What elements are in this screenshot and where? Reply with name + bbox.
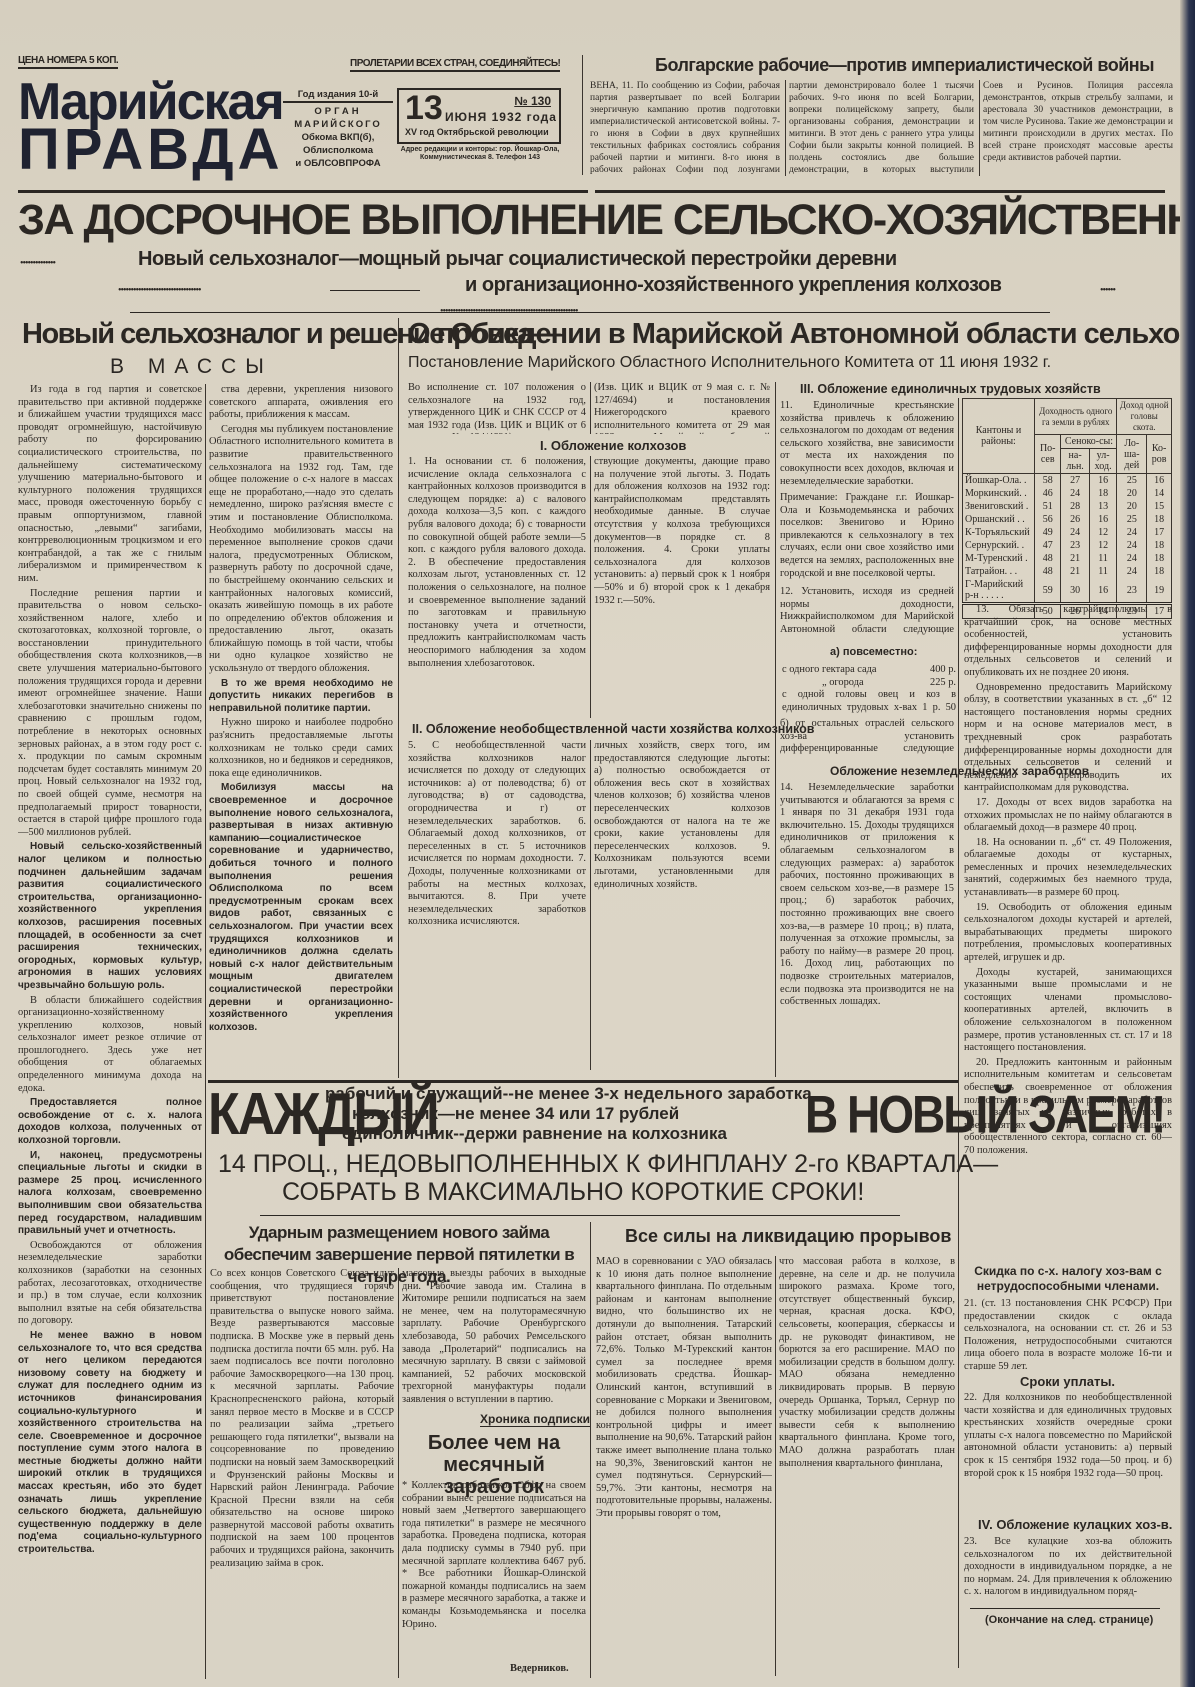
discount-title: Скидка по с-х. налогу хоз-вам с нетрудос…	[968, 1264, 1168, 1294]
loan-headline-2: СОБРАТЬ В МАКСИМАЛЬНО КОРОТКИЕ СРОКИ!	[282, 1178, 864, 1207]
paragraph: 18. На основании п. „б“ ст. 49 Положения…	[964, 837, 1172, 900]
table-cell: Татрайон. . .	[963, 565, 1035, 578]
bulgaria-col-2: партии демонстрировало более 1 тысячи ра…	[789, 80, 974, 176]
norm-row: „ огорода225 р.	[782, 677, 956, 690]
norms-b: б) от остальных отраслей сельского хоз-в…	[780, 718, 954, 758]
dotted-ornament: ••••••••••••••	[20, 258, 55, 269]
divider	[785, 80, 786, 176]
table-cell: 48	[1035, 552, 1061, 565]
organ-line: Облисполкома	[283, 144, 393, 157]
date-month-year: ИЮНЯ 1932 года	[445, 110, 557, 124]
section-1-col-1: 1. На основании ст. 6 положения, исчисле…	[408, 456, 586, 718]
table-header: Доходность одного га земли в рублях	[1035, 399, 1117, 435]
norm-row: с одного гектара сада400 р.	[782, 664, 956, 677]
nonfarm-text: 14. Неземледельческие заработки учитываю…	[780, 782, 954, 1074]
table-cell: Оршанский . .	[963, 513, 1035, 526]
divider	[582, 55, 583, 175]
paragraph: Мобилизуя массы на своевременное и досро…	[209, 782, 393, 1034]
year-of-publication: Год издания 10-й	[283, 88, 393, 103]
norms-list: с одного гектара сада400 р. „ огорода225…	[782, 664, 956, 714]
masthead-slogan: ПРОЛЕТАРИИ ВСЕХ СТРАН, СОЕДИНЯЙТЕСЬ!	[350, 58, 560, 72]
terms-title: Сроки уплаты.	[1020, 1374, 1115, 1389]
date-day: 13	[405, 90, 443, 126]
bulgaria-col-1: ВЕНА, 11. По сообщению из Софии, рабочая…	[590, 80, 780, 176]
table-cell: 18	[1089, 487, 1117, 500]
table-cell: М-Туренский .	[963, 552, 1035, 565]
norms-title: а) повсеместно:	[830, 646, 917, 658]
terms-text: 22. Для колхозников по необобществленной…	[964, 1392, 1172, 1514]
resolution-intro-2: (Изв. ЦИК и ВЦИК от 9 мая с. г. № 127/46…	[594, 382, 770, 434]
section-3-note: Примечание: Граждане г.г. Йошкар-Ола и К…	[780, 492, 954, 582]
chronicle-signature: Ведерников.	[510, 1663, 569, 1674]
banner-subheadline-2: и организационно-хозяйственного укреплен…	[465, 274, 1001, 297]
issue-number: № 130	[514, 94, 551, 108]
table-cell: 24	[1117, 565, 1147, 578]
table-header: Сеноко-сы:	[1061, 435, 1117, 449]
newspaper-title-line2: ПРАВДА	[18, 126, 258, 174]
table-cell: 24	[1117, 552, 1147, 565]
divider	[18, 190, 588, 193]
divider	[590, 740, 591, 1070]
table-cell: 23	[1117, 578, 1147, 604]
loan-headline: 14 ПРОЦ., НЕДОВЫПОЛНЕННЫХ К ФИНПЛАНУ 2-г…	[218, 1150, 998, 1179]
resolution-subheadline: Постановление Марийского Областного Испо…	[408, 354, 1051, 372]
breakthrough-col-1: МАО в соревновании с УАО обязалась к 10 …	[596, 1256, 772, 1676]
section-3-p11: 11. Единоличные крестьянские хозяйства п…	[780, 400, 954, 490]
resolution-headline: О проведении в Марийской Автономной обла…	[408, 318, 1195, 351]
table-row: Звениговский .5128132015	[963, 500, 1172, 513]
bulgaria-col-3: Соев и Русинов. Полиция рассеяла демонст…	[983, 80, 1173, 176]
chronicle-text: * Коллектив работников Обфо на своем соб…	[402, 1480, 586, 1662]
table-cell: 18	[1147, 565, 1172, 578]
table-cell: 15	[1147, 500, 1172, 513]
divider	[775, 382, 776, 1077]
chronicle-label: Хроника подписки	[480, 1412, 590, 1427]
editorial-headline-2: В МАССЫ	[110, 355, 273, 379]
dotted-ornament: •••••••••••••••••••••••••••••••••	[118, 285, 201, 296]
table-cell: 23	[1061, 539, 1089, 552]
loan-novyi-zaem: В НОВЫЙ ЗАЕМ!	[805, 1082, 1164, 1146]
table-cell: 20	[1117, 487, 1147, 500]
divider	[398, 318, 399, 1078]
organ-line: и ОБЛСОВПРОФА	[283, 157, 393, 170]
table-header: Ло-ша-дей	[1117, 435, 1147, 474]
table-cell: 14	[1147, 487, 1172, 500]
table-cell: 19	[1147, 578, 1172, 604]
table-cell: 27	[1061, 474, 1089, 488]
table-cell: Сернурский. .	[963, 539, 1035, 552]
paragraph: 13. Обязать кантрайисполкомы в кратчайши…	[964, 604, 1172, 680]
organ-line: МАРИЙСКОГО	[283, 118, 393, 131]
divider	[330, 290, 420, 291]
divider	[595, 190, 1165, 193]
table-cell: 59	[1035, 578, 1061, 604]
table-cell: Г-Марийский р-н . . . . .	[963, 578, 1035, 604]
page-edge	[1180, 0, 1195, 1687]
table-cell: 24	[1117, 526, 1147, 539]
editorial-col-2: ства деревни, укрепления низового советс…	[209, 384, 393, 1074]
table-cell: 12	[1089, 539, 1117, 552]
paragraph: Новый сельско-хозяйственный налог целико…	[18, 841, 202, 992]
section-2-col-2: личных хозяйств, сверх того, им предоста…	[594, 740, 770, 1070]
paragraph: Нужно широко и наиболее подробно раз'ясн…	[209, 717, 393, 780]
publication-info: Год издания 10-й ОРГАН МАРИЙСКОГО Обкома…	[283, 88, 393, 170]
table-cell: 25	[1117, 474, 1147, 488]
table-cell: 49	[1035, 526, 1061, 539]
table-cell: 28	[1061, 500, 1089, 513]
norm-row: с одной головы овец и коз в единоличных …	[782, 689, 956, 714]
table-cell: Звениговский .	[963, 500, 1035, 513]
price-label: ЦЕНА НОМЕРА 5 КОП.	[18, 55, 118, 69]
divider	[398, 1268, 399, 1678]
table-cell: 16	[1089, 513, 1117, 526]
table-cell: 18	[1147, 513, 1172, 526]
table-header: По-сев	[1035, 435, 1061, 474]
dotted-ornament: ••••••	[1100, 285, 1115, 296]
table-cell: Йошкар-Ола. .	[963, 474, 1035, 488]
paragraph: Последние решения партии и правительства…	[18, 588, 202, 840]
table-cell: 51	[1035, 500, 1061, 513]
section-1-col-2: ствующие документы, дающие право на полу…	[594, 456, 770, 718]
editorial-col-1: Из года в год партия и советское правите…	[18, 384, 202, 1679]
table-header: Доход одной головы скота.	[1117, 399, 1172, 435]
income-norms-table: Кантоны и районы: Доходность одного га з…	[962, 398, 1172, 619]
table-cell: 16	[1089, 474, 1117, 488]
organ-line: Обкома ВКП(б),	[283, 131, 393, 144]
breakthrough-col-2: что массовая работа в колхозе, в деревне…	[779, 1256, 955, 1676]
table-cell: 46	[1035, 487, 1061, 500]
table-cell: 48	[1035, 565, 1061, 578]
table-cell: 24	[1061, 526, 1089, 539]
table-cell: 58	[1035, 474, 1061, 488]
norm-value: 400 р.	[930, 664, 956, 677]
paragraph: Не менее важно в новом сельхозналоге то,…	[18, 1330, 202, 1557]
bulgaria-headline: Болгарские рабочие—против империалистиче…	[655, 55, 1154, 76]
norm-value: 225 р.	[930, 677, 956, 690]
divider	[590, 382, 591, 434]
table-cell: 12	[1089, 526, 1117, 539]
norm-item: с одного гектара сада	[782, 664, 877, 677]
issue-date-box: 13 № 130 ИЮНЯ 1932 года XV год Октябрьск…	[397, 88, 561, 144]
table-cell: 18	[1147, 539, 1172, 552]
paragraph: Из года в год партия и советское правите…	[18, 384, 202, 586]
table-cell: 30	[1061, 578, 1089, 604]
loan-line-2: колхозник—не менее 34 или 17 рублей	[352, 1104, 679, 1124]
table-row: Сернурский. .4723122418	[963, 539, 1172, 552]
resolution-intro-1: Во исполнение ст. 107 положения о сельхо…	[408, 382, 586, 434]
table-row: Оршанский . .5626162518	[963, 513, 1172, 526]
table-cell: 11	[1089, 565, 1117, 578]
kulak-title: IV. Обложение кулацких хоз-в.	[978, 1517, 1172, 1532]
table-cell: 11	[1089, 552, 1117, 565]
table-cell: 21	[1061, 565, 1089, 578]
editorial-address: Адрес редакции и конторы: гор. Йошкар-Ол…	[400, 146, 560, 162]
divider	[260, 1215, 900, 1216]
dotted-ornament: ••••••••••••••••••••••••••••••••••••••••…	[440, 306, 578, 317]
table-row: К-Торъяльский4924122417	[963, 526, 1172, 539]
table-cell: 26	[1061, 513, 1089, 526]
section-1-title: I. Обложение колхозов	[540, 438, 686, 453]
table-cell: 25	[1117, 513, 1147, 526]
organ-line: ОРГАН	[283, 105, 393, 118]
table-row: Татрайон. . .4821112418	[963, 565, 1172, 578]
table-row: Моркинский. .4624182014	[963, 487, 1172, 500]
table-row: М-Туренский .4821112418	[963, 552, 1172, 565]
newspaper-page: ЦЕНА НОМЕРА 5 КОП. ПРОЛЕТАРИИ ВСЕХ СТРАН…	[0, 0, 1180, 1687]
paragraph: В то же время необходимо не допустить ни…	[209, 678, 393, 716]
table-row: Йошкар-Ола. .5827162516	[963, 474, 1172, 488]
loan-line-1: рабочий и служащий--не менее 3-х недельн…	[325, 1084, 812, 1104]
divider	[205, 384, 206, 1679]
paragraph: 17. Доходы от всех видов заработка на от…	[964, 797, 1172, 835]
breakthrough-headline: Все силы на ликвидацию прорывов	[625, 1226, 952, 1247]
paragraph: ства деревни, укрепления низового советс…	[209, 384, 393, 422]
section-3-p12: 12. Установить, исходя из средней нормы …	[780, 586, 954, 638]
divider	[775, 1256, 776, 1676]
paragraph: Предоставляется полное освобождение от с…	[18, 1097, 202, 1147]
table-cell: 24	[1061, 487, 1089, 500]
divider	[130, 312, 1050, 313]
table-cell: 24	[1117, 539, 1147, 552]
revolution-year: XV год Октябрьской революции	[405, 127, 549, 137]
section-2-title: II. Обложение необобществленной части хо…	[412, 722, 814, 736]
table-cell: 17	[1147, 526, 1172, 539]
continued-note: (Окончание на след. странице)	[985, 1614, 1153, 1626]
table-cell: 47	[1035, 539, 1061, 552]
paragraph: Сегодня мы публикуем постановление Облас…	[209, 424, 393, 676]
table-cell: 21	[1061, 552, 1089, 565]
divider	[970, 1608, 1160, 1609]
kulak-text: 23. Все кулацкие хоз-ва обложить сельхоз…	[964, 1536, 1172, 1598]
newspaper-title: Марийская ПРАВДА	[18, 78, 258, 174]
paragraph: Доходы кустарей, занимающихся указанными…	[964, 967, 1172, 1055]
paragraph: В области ближайшего содействия организа…	[18, 995, 202, 1096]
divider	[958, 398, 959, 1668]
divider	[590, 1222, 591, 1678]
table-row: Г-Марийский р-н . . . . .5930162319	[963, 578, 1172, 604]
norm-item: „ огорода	[782, 677, 864, 690]
table-cell: Моркинский. .	[963, 487, 1035, 500]
loan-article-col-2: массовые выезды рабочих в выходные дни. …	[402, 1268, 586, 1408]
loan-article-col-1: Со всех концов Советского Союза идут соо…	[210, 1268, 394, 1678]
main-banner-headline: ЗА ДОСРОЧНОЕ ВЫПОЛНЕНИЕ СЕЛЬСКО-ХОЗЯЙСТВ…	[18, 196, 1178, 244]
table-cell: 18	[1147, 552, 1172, 565]
table-cell: 13	[1089, 500, 1117, 513]
section-3-title: III. Обложение единоличных трудовых хозя…	[800, 382, 1101, 396]
banner-subheadline-1: Новый сельхозналог—мощный рычаг социалис…	[138, 248, 897, 271]
divider	[590, 456, 591, 718]
paragraph: Одновременно предоставить Марийскому обл…	[964, 682, 1172, 795]
table-header: Кантоны и районы:	[963, 399, 1035, 474]
paragraph: И, наконец, предусмотрены специальные ль…	[18, 1150, 202, 1238]
divider	[979, 80, 980, 176]
paragraph: Освобождаются от обложения неземледельче…	[18, 1240, 202, 1328]
table-header: ул-ход.	[1089, 449, 1117, 474]
table-cell: 20	[1117, 500, 1147, 513]
paragraph: 19. Освободить от обложения единым сельх…	[964, 902, 1172, 965]
table-header: на-льн.	[1061, 449, 1089, 474]
table-cell: 16	[1089, 578, 1117, 604]
section-2-col-1: 5. С необобществленной части хозяйства к…	[408, 740, 586, 1070]
table-cell: К-Торъяльский	[963, 526, 1035, 539]
table-header: Ко-ров	[1147, 435, 1172, 474]
discount-text: 21. (ст. 13 постановления СНК РСФСР) При…	[964, 1298, 1172, 1370]
table-cell: 16	[1147, 474, 1172, 488]
loan-line-3: единоличник--держи равнение на колхозник…	[342, 1124, 727, 1144]
table-cell: 56	[1035, 513, 1061, 526]
